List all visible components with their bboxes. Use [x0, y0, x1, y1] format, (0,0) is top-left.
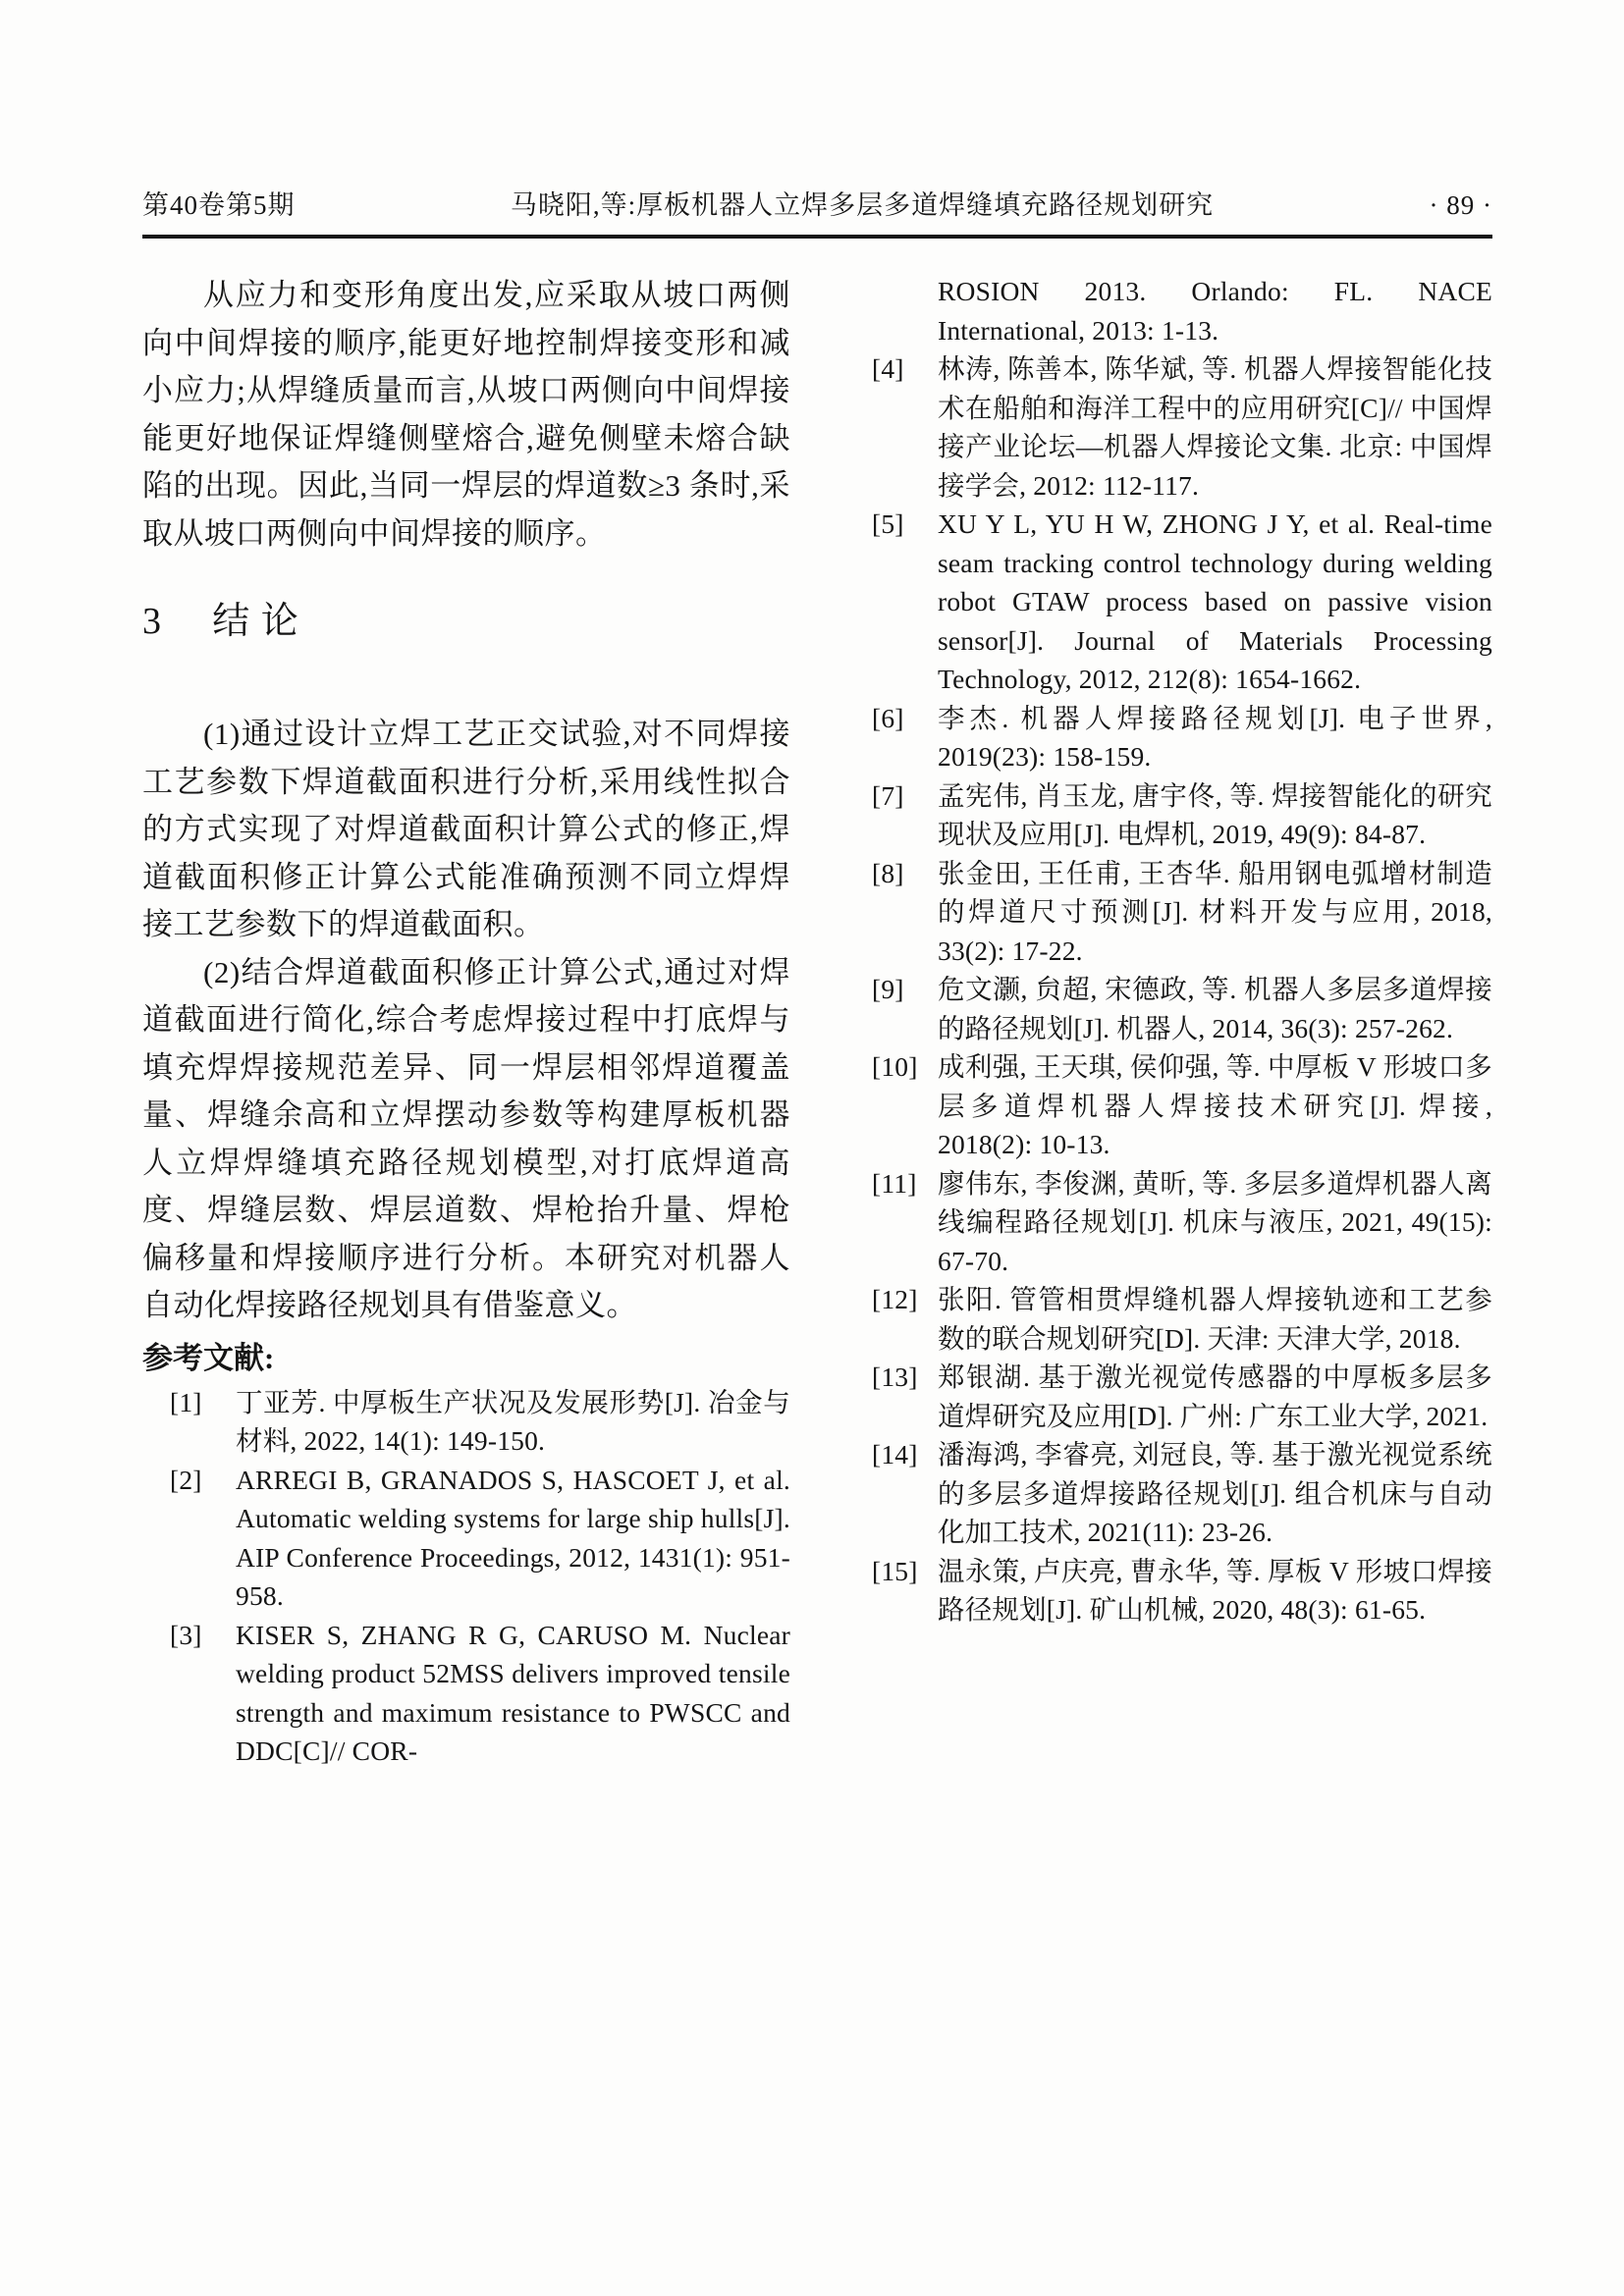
- reference-item: [11]廖伟东, 李俊渊, 黄昕, 等. 多层多道焊机器人离线编程路径规划[J]…: [844, 1164, 1492, 1281]
- intro-paragraph: 从应力和变形角度出发,应采取从坡口两侧向中间焊接的顺序,能更好地控制焊接变形和减…: [142, 272, 790, 558]
- reference-number: [15]: [872, 1552, 918, 1591]
- reference-item: [2]ARREGI B, GRANADOS S, HASCOET J, et a…: [142, 1461, 790, 1616]
- reference-text: XU Y L, YU H W, ZHONG J Y, et al. Real-t…: [938, 508, 1492, 694]
- reference-text: ARREGI B, GRANADOS S, HASCOET J, et al. …: [236, 1465, 790, 1612]
- reference-number: [10]: [872, 1047, 918, 1087]
- reference-number: [3]: [170, 1616, 202, 1655]
- reference-text: 郑银湖. 基于激光视觉传感器的中厚板多层多道焊研究及应用[D]. 广州: 广东工…: [938, 1362, 1492, 1431]
- reference-item: [13]郑银湖. 基于激光视觉传感器的中厚板多层多道焊研究及应用[D]. 广州:…: [844, 1358, 1492, 1435]
- reference-item: [6]李杰. 机器人焊接路径规划[J]. 电子世界, 2019(23): 158…: [844, 699, 1492, 776]
- reference-text: 丁亚芳. 中厚板生产状况及发展形势[J]. 冶金与材料, 2022, 14(1)…: [236, 1387, 790, 1457]
- reference-number: [8]: [872, 854, 904, 893]
- header-divider: [142, 235, 1492, 239]
- conclusion-paragraph-1: (1)通过设计立焊工艺正交试验,对不同焊接工艺参数下焊道截面积进行分析,采用线性…: [142, 711, 790, 949]
- reference-number: [12]: [872, 1280, 918, 1319]
- reference-number: [4]: [872, 349, 904, 389]
- reference-number: [13]: [872, 1358, 918, 1397]
- reference-list-right: ROSION 2013. Orlando: FL. NACE Internati…: [844, 272, 1492, 1629]
- reference-text: 成利强, 王天琪, 侯仰强, 等. 中厚板 V 形坡口多层多道焊机器人焊接技术研…: [938, 1051, 1492, 1159]
- reference-text: 林涛, 陈善本, 陈华斌, 等. 机器人焊接智能化技术在船舶和海洋工程中的应用研…: [938, 353, 1492, 501]
- reference-item: [10]成利强, 王天琪, 侯仰强, 等. 中厚板 V 形坡口多层多道焊机器人焊…: [844, 1047, 1492, 1164]
- reference-text: 张阳. 管管相贯焊缝机器人焊接轨迹和工艺参数的联合规划研究[D]. 天津: 天津…: [938, 1284, 1492, 1354]
- reference-text: ROSION 2013. Orlando: FL. NACE Internati…: [938, 276, 1492, 346]
- running-title: 马晓阳,等:厚板机器人立焊多层多道焊缝填充路径规划研究: [296, 188, 1430, 222]
- reference-item: [9]危文灏, 贠超, 宋德政, 等. 机器人多层多道焊接的路径规划[J]. 机…: [844, 970, 1492, 1047]
- reference-number: [9]: [872, 970, 904, 1009]
- reference-text: 廖伟东, 李俊渊, 黄昕, 等. 多层多道焊机器人离线编程路径规划[J]. 机床…: [938, 1168, 1492, 1276]
- reference-item: [7]孟宪伟, 肖玉龙, 唐宇佟, 等. 焊接智能化的研究现状及应用[J]. 电…: [844, 776, 1492, 854]
- reference-item: ROSION 2013. Orlando: FL. NACE Internati…: [844, 272, 1492, 349]
- right-column: ROSION 2013. Orlando: FL. NACE Internati…: [844, 272, 1492, 1771]
- reference-item: [4]林涛, 陈善本, 陈华斌, 等. 机器人焊接智能化技术在船舶和海洋工程中的…: [844, 349, 1492, 505]
- left-column: 从应力和变形角度出发,应采取从坡口两侧向中间焊接的顺序,能更好地控制焊接变形和减…: [142, 272, 790, 1771]
- reference-text: 李杰. 机器人焊接路径规划[J]. 电子世界, 2019(23): 158-15…: [938, 703, 1492, 773]
- issue-label: 第40卷第5期: [142, 188, 296, 222]
- reference-text: 危文灏, 贠超, 宋德政, 等. 机器人多层多道焊接的路径规划[J]. 机器人,…: [938, 974, 1492, 1043]
- two-column-body: 从应力和变形角度出发,应采取从坡口两侧向中间焊接的顺序,能更好地控制焊接变形和减…: [142, 272, 1492, 1771]
- conclusion-paragraph-2: (2)结合焊道截面积修正计算公式,通过对焊道截面进行简化,综合考虑焊接过程中打底…: [142, 949, 790, 1330]
- reference-number: [5]: [872, 505, 904, 544]
- reference-text: 温永策, 卢庆亮, 曹永华, 等. 厚板 V 形坡口焊接路径规划[J]. 矿山机…: [938, 1556, 1492, 1626]
- reference-item: [8]张金田, 王任甫, 王杏华. 船用钢电弧增材制造的焊道尺寸预测[J]. 材…: [844, 854, 1492, 971]
- reference-item: [5]XU Y L, YU H W, ZHONG J Y, et al. Rea…: [844, 505, 1492, 699]
- journal-page: 第40卷第5期 马晓阳,等:厚板机器人立焊多层多道焊缝填充路径规划研究 · 89…: [0, 0, 1624, 2296]
- page-header: 第40卷第5期 马晓阳,等:厚板机器人立焊多层多道焊缝填充路径规划研究 · 89…: [142, 188, 1492, 222]
- reference-item: [12]张阳. 管管相贯焊缝机器人焊接轨迹和工艺参数的联合规划研究[D]. 天津…: [844, 1280, 1492, 1358]
- reference-item: [14]潘海鸿, 李睿亮, 刘冠良, 等. 基于激光视觉系统的多层多道焊接路径规…: [844, 1435, 1492, 1552]
- reference-text: KISER S, ZHANG R G, CARUSO M. Nuclear we…: [236, 1620, 790, 1767]
- reference-text: 张金田, 王任甫, 王杏华. 船用钢电弧增材制造的焊道尺寸预测[J]. 材料开发…: [938, 858, 1492, 966]
- reference-item: [1]丁亚芳. 中厚板生产状况及发展形势[J]. 冶金与材料, 2022, 14…: [142, 1383, 790, 1461]
- section-number: 3: [142, 601, 162, 642]
- reference-number: [7]: [872, 776, 904, 816]
- references-heading: 参考文献:: [142, 1336, 790, 1381]
- reference-number: [11]: [872, 1164, 917, 1203]
- reference-item: [3]KISER S, ZHANG R G, CARUSO M. Nuclear…: [142, 1616, 790, 1771]
- reference-number: [14]: [872, 1435, 918, 1474]
- reference-number: [6]: [872, 699, 904, 738]
- section-title: 结 论: [212, 601, 299, 642]
- reference-text: 孟宪伟, 肖玉龙, 唐宇佟, 等. 焊接智能化的研究现状及应用[J]. 电焊机,…: [938, 780, 1492, 850]
- reference-text: 潘海鸿, 李睿亮, 刘冠良, 等. 基于激光视觉系统的多层多道焊接路径规划[J]…: [938, 1439, 1492, 1547]
- page-number: · 89 ·: [1430, 188, 1492, 222]
- section-heading-conclusion: 3结 论: [142, 599, 790, 644]
- reference-list-left: [1]丁亚芳. 中厚板生产状况及发展形势[J]. 冶金与材料, 2022, 14…: [142, 1383, 790, 1771]
- reference-item: [15]温永策, 卢庆亮, 曹永华, 等. 厚板 V 形坡口焊接路径规划[J].…: [844, 1552, 1492, 1629]
- reference-number: [2]: [170, 1461, 202, 1500]
- reference-number: [1]: [170, 1383, 202, 1422]
